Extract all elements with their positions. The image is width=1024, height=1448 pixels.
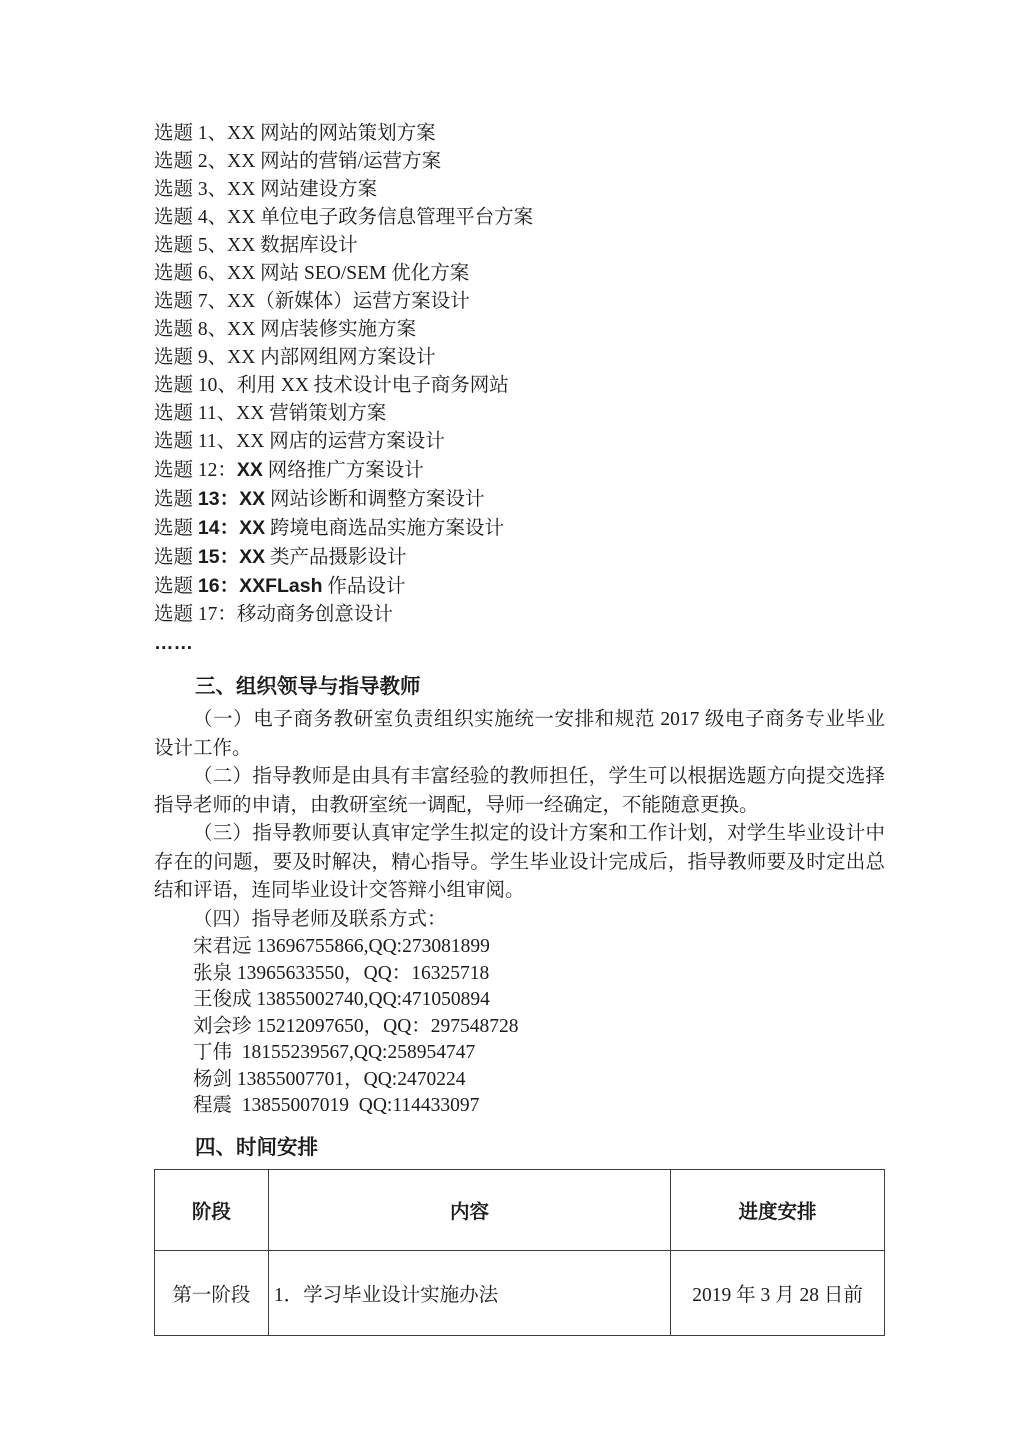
topic-line: 选题 11、XX 网店的运营方案设计 [154, 428, 885, 456]
contact-line: 丁伟 18155239567,QQ:258954747 [154, 1040, 885, 1067]
topic-line: 选题 6、XX 网站 SEO/SEM 优化方案 [154, 260, 885, 288]
paragraph: （二）指导教师是由具有丰富经验的教师担任，学生可以根据选题方向提交选择指导老师的… [154, 763, 885, 820]
topic-text-segment: 选题 3、XX 网站建设方案 [154, 179, 377, 200]
topic-text-segment: 选题 7、XX（新媒体）运营方案设计 [154, 291, 470, 312]
contact-line: 张泉 13965633550，QQ：16325718 [154, 961, 885, 988]
topic-line: 选题 12：XX 网络推广方案设计 [154, 456, 885, 485]
topic-line: 选题 8、XX 网店装修实施方案 [154, 316, 885, 344]
schedule-header-row: 阶段内容进度安排 [155, 1169, 885, 1250]
schedule-header-cell: 进度安排 [671, 1169, 885, 1250]
schedule-cell: 第一阶段 [155, 1250, 269, 1335]
section3-paragraphs: （一）电子商务教研室负责组织实施统一安排和规范 2017 级电子商务专业毕业设计… [154, 706, 885, 934]
topic-line: 选题 11、XX 营销策划方案 [154, 400, 885, 428]
topic-line: 选题 15：XX 类产品摄影设计 [154, 543, 885, 572]
schedule-table: 阶段内容进度安排 第一阶段1．学习毕业设计实施办法2019 年 3 月 28 日… [154, 1169, 885, 1336]
topic-line: 选题 3、XX 网站建设方案 [154, 176, 885, 204]
topic-text-segment: 选题 [154, 489, 198, 510]
topic-line: 选题 5、XX 数据库设计 [154, 232, 885, 260]
topic-line: 选题 7、XX（新媒体）运营方案设计 [154, 288, 885, 316]
topic-text-segment: 选题 6、XX 网站 SEO/SEM 优化方案 [154, 263, 469, 284]
topic-text-segment: 选题 2、XX 网站的营销/运营方案 [154, 151, 441, 172]
topic-text-segment: 网站诊断和调整方案设计 [265, 489, 484, 510]
topic-text-segment: 选题 11、XX 网店的运营方案设计 [154, 431, 445, 452]
schedule-header-cell: 内容 [268, 1169, 670, 1250]
topic-text-segment: 跨境电商选品实施方案设计 [265, 518, 504, 539]
topic-text-segment: 选题 11、XX 营销策划方案 [154, 403, 386, 424]
document-content: 选题 1、XX 网站的网站策划方案选题 2、XX 网站的营销/运营方案选题 3、… [154, 120, 885, 1336]
topic-line: 选题 1、XX 网站的网站策划方案 [154, 120, 885, 148]
topic-text-segment: 选题 9、XX 内部网组网方案设计 [154, 347, 436, 368]
schedule-cell: 2019 年 3 月 28 日前 [671, 1250, 885, 1335]
topic-text-segment: 选题 4、XX 单位电子政务信息管理平台方案 [154, 207, 533, 228]
topic-bold-segment: 13：XX [198, 488, 265, 510]
topic-bold-segment: 15：XX [198, 546, 265, 568]
topic-line: 选题 16：XXFLash 作品设计 [154, 572, 885, 601]
schedule-body: 第一阶段1．学习毕业设计实施办法2019 年 3 月 28 日前 [155, 1250, 885, 1335]
topic-line: 选题 14：XX 跨境电商选品实施方案设计 [154, 514, 885, 543]
topic-line: 选题 2、XX 网站的营销/运营方案 [154, 148, 885, 176]
section3-heading: 三、组织领导与指导教师 [154, 672, 885, 702]
topic-text-segment: 选题 17：移动商务创意设计 [154, 604, 393, 625]
document-page: 选题 1、XX 网站的网站策划方案选题 2、XX 网站的营销/运营方案选题 3、… [0, 0, 1024, 1448]
contact-line: 王俊成 13855002740,QQ:471050894 [154, 987, 885, 1014]
topic-text-segment: 选题 [154, 518, 198, 539]
contact-list: 宋君远 13696755866,QQ:273081899张泉 139656335… [154, 934, 885, 1120]
topic-text-segment: 选题 5、XX 数据库设计 [154, 235, 358, 256]
topic-line: 选题 17：移动商务创意设计 [154, 601, 885, 629]
contact-line: 杨剑 13855007701，QQ:2470224 [154, 1067, 885, 1094]
topic-line: 选题 9、XX 内部网组网方案设计 [154, 344, 885, 372]
topic-bold-segment: …… [154, 632, 193, 654]
contact-line: 程震 13855007019 QQ:114433097 [154, 1093, 885, 1120]
topic-text-segment: 网络推广方案设计 [263, 460, 424, 481]
contact-line: 刘会珍 15212097650，QQ：297548728 [154, 1014, 885, 1041]
topic-list: 选题 1、XX 网站的网站策划方案选题 2、XX 网站的营销/运营方案选题 3、… [154, 120, 885, 658]
topic-line: 选题 4、XX 单位电子政务信息管理平台方案 [154, 204, 885, 232]
topic-text-segment: 选题 10、利用 XX 技术设计电子商务网站 [154, 375, 509, 396]
schedule-cell: 1．学习毕业设计实施办法 [268, 1250, 670, 1335]
topic-text-segment: 类产品摄影设计 [265, 547, 406, 568]
section4-heading: 四、时间安排 [154, 1136, 885, 1160]
paragraph: （三）指导教师要认真审定学生拟定的设计方案和工作计划，对学生毕业设计中存在的问题… [154, 820, 885, 906]
contact-line: 宋君远 13696755866,QQ:273081899 [154, 934, 885, 961]
topic-line: …… [154, 629, 885, 658]
topic-line: 选题 10、利用 XX 技术设计电子商务网站 [154, 372, 885, 400]
topic-bold-segment: 16：XXFLash [198, 575, 323, 597]
topic-text-segment: 选题 8、XX 网店装修实施方案 [154, 319, 416, 340]
topic-line: 选题 13：XX 网站诊断和调整方案设计 [154, 485, 885, 514]
topic-text-segment: 选题 [154, 576, 198, 597]
schedule-header-cell: 阶段 [155, 1169, 269, 1250]
topic-text-segment: 作品设计 [323, 576, 406, 597]
topic-bold-segment: XX [237, 459, 263, 481]
paragraph: （一）电子商务教研室负责组织实施统一安排和规范 2017 级电子商务专业毕业设计… [154, 706, 885, 763]
table-row: 第一阶段1．学习毕业设计实施办法2019 年 3 月 28 日前 [155, 1250, 885, 1335]
topic-text-segment: 选题 [154, 547, 198, 568]
paragraph: （四）指导老师及联系方式： [154, 906, 885, 935]
topic-bold-segment: 14：XX [198, 517, 265, 539]
topic-text-segment: 选题 12： [154, 460, 237, 481]
topic-text-segment: 选题 1、XX 网站的网站策划方案 [154, 123, 436, 144]
